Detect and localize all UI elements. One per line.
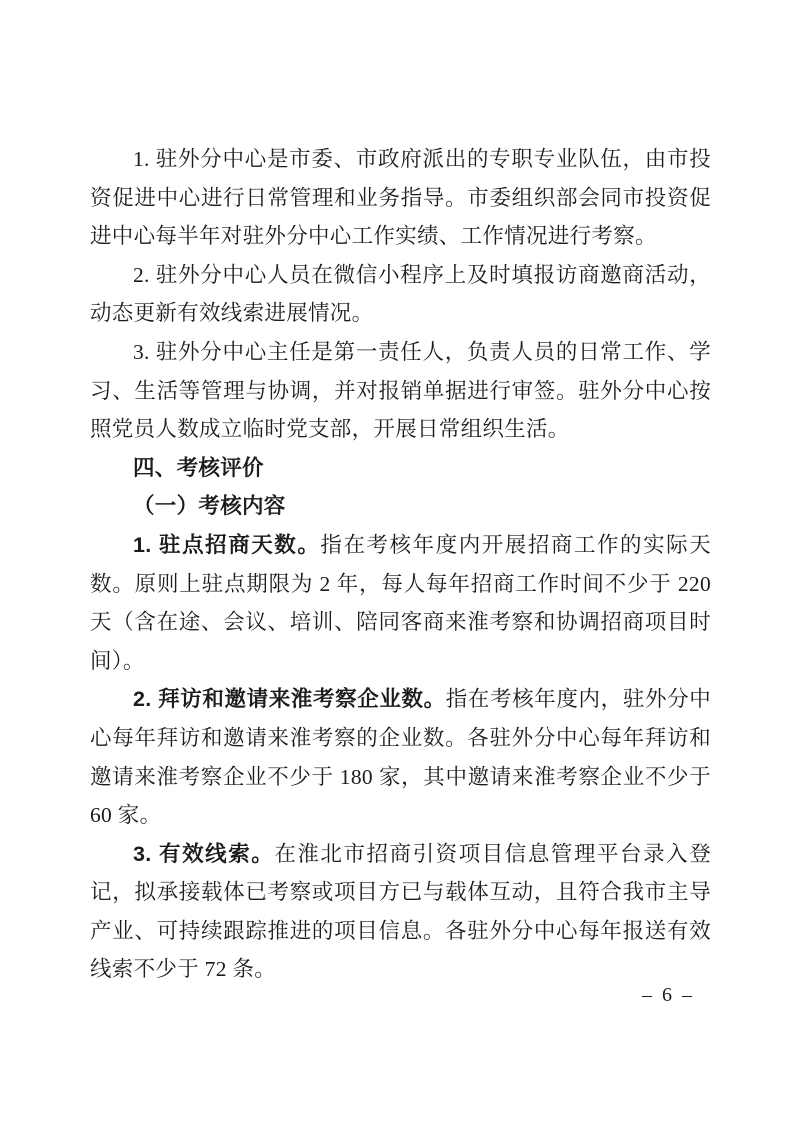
- assessment-item-3-lead: 3. 有效线索。: [133, 842, 274, 866]
- document-page: 1. 驻外分中心是市委、市政府派出的专职专业队伍，由市投资促进中心进行日常管理和…: [0, 0, 793, 1122]
- section-heading: 四、考核评价: [90, 449, 711, 488]
- assessment-item-2-lead: 2. 拜访和邀请来淮考察企业数。: [133, 687, 446, 711]
- page-number: – 6 –: [622, 984, 712, 1007]
- assessment-item-1-lead: 1. 驻点招商天数。: [133, 533, 320, 557]
- paragraph-2: 2. 驻外分中心人员在微信小程序上及时填报访商邀商活动，动态更新有效线索进展情况…: [90, 256, 711, 333]
- assessment-item-1: 1. 驻点招商天数。指在考核年度内开展招商工作的实际天数。原则上驻点期限为 2 …: [90, 526, 711, 680]
- paragraph-1: 1. 驻外分中心是市委、市政府派出的专职专业队伍，由市投资促进中心进行日常管理和…: [90, 140, 711, 256]
- paragraph-3: 3. 驻外分中心主任是第一责任人，负责人员的日常工作、学习、生活等管理与协调，并…: [90, 333, 711, 449]
- assessment-item-3: 3. 有效线索。在淮北市招商引资项目信息管理平台录入登记，拟承接载体已考察或项目…: [90, 835, 711, 989]
- document-content: 1. 驻外分中心是市委、市政府派出的专职专业队伍，由市投资促进中心进行日常管理和…: [90, 140, 711, 989]
- assessment-item-2: 2. 拜访和邀请来淮考察企业数。指在考核年度内，驻外分中心每年拜访和邀请来淮考察…: [90, 680, 711, 834]
- subsection-heading: （一）考核内容: [90, 487, 711, 526]
